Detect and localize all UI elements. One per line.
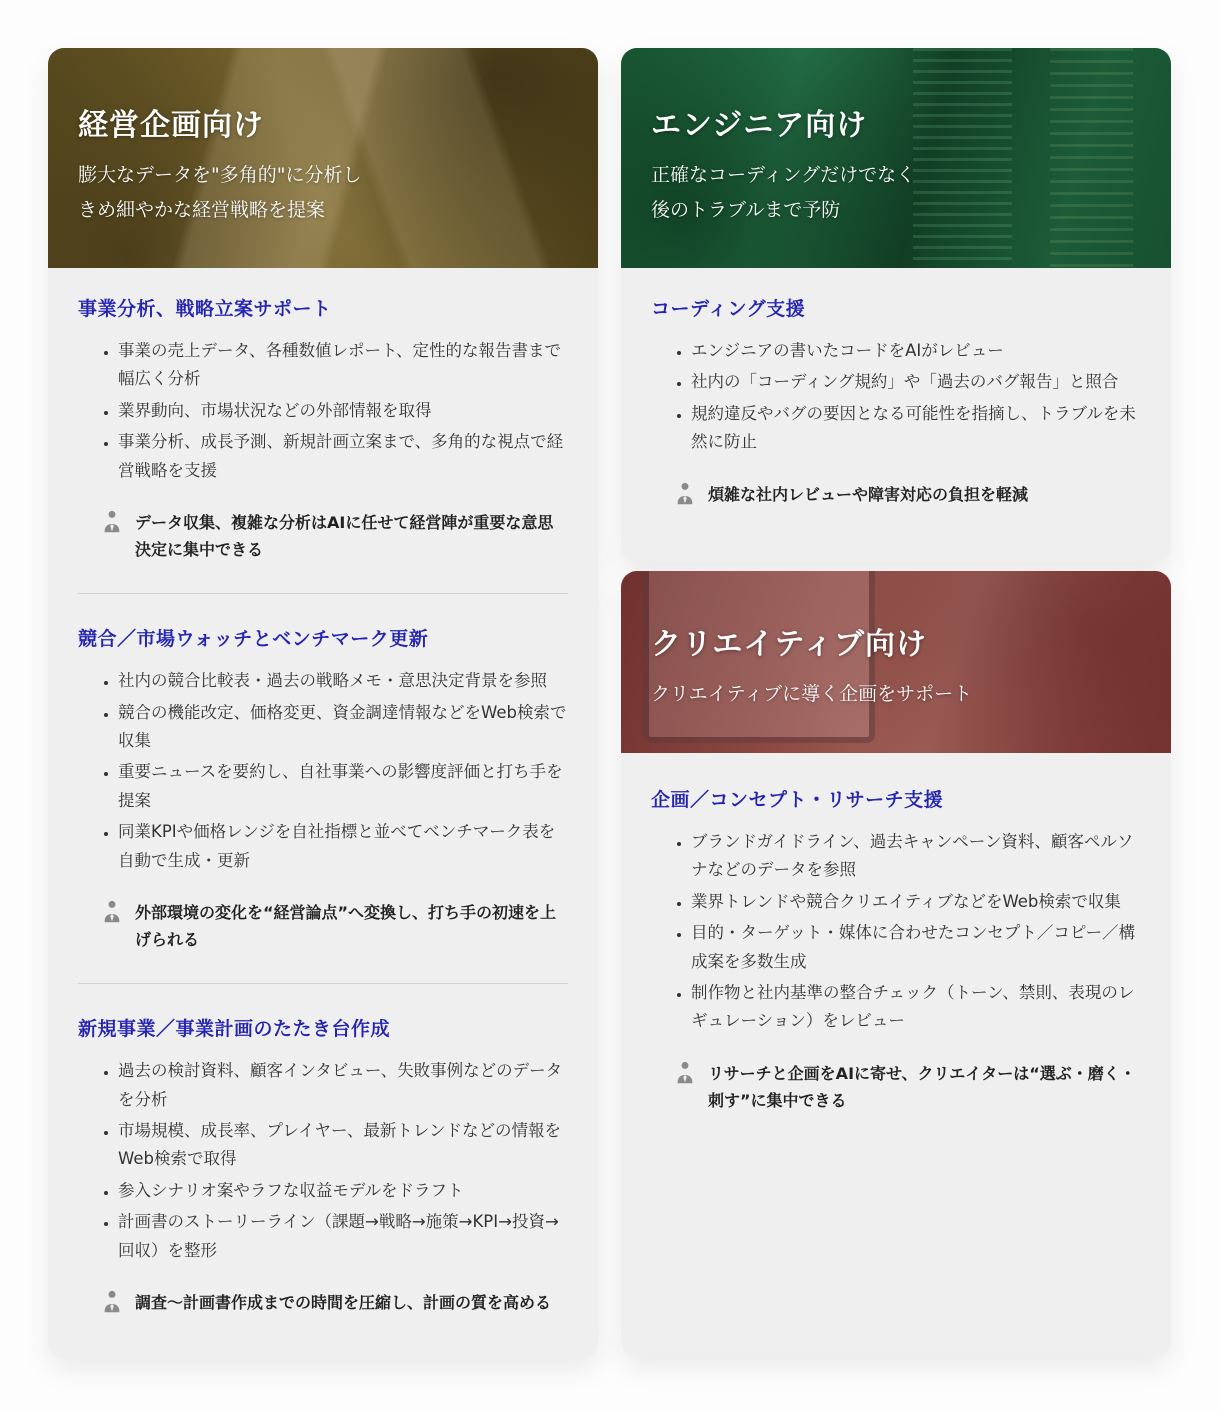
bullet-item: 目的・ターゲット・媒体に合わせたコンセプト／コピー／構成案を多数生成: [691, 919, 1141, 976]
section-divider: [78, 983, 568, 984]
section-divider: [78, 593, 568, 594]
section-business-analysis: 事業分析、戦略立案サポート 事業の売上データ、各種数値レポート、定性的な報告書ま…: [78, 294, 568, 563]
bullet-item: 競合の機能改定、価格変更、資金調達情報などをWeb検索で収集: [118, 699, 568, 756]
bullet-item: 事業の売上データ、各種数値レポート、定性的な報告書まで幅広く分析: [118, 337, 568, 394]
bullet-item: 同業KPIや価格レンジを自社指標と並べてベンチマーク表を自動で生成・更新: [118, 818, 568, 875]
subtitle-line: 後のトラブルまで予防: [651, 193, 1141, 228]
bullet-item: 過去の検討資料、顧客インタビュー、失敗事例などのデータを分析: [118, 1057, 568, 1114]
bullet-list: 事業の売上データ、各種数値レポート、定性的な報告書まで幅広く分析 業界動向、市場…: [78, 337, 568, 485]
user-tie-icon: [102, 510, 122, 533]
benefit-text: リサーチと企画をAIに寄せ、クリエイターは“選ぶ・磨く・刺す”に集中できる: [708, 1060, 1141, 1114]
section-heading: 競合／市場ウォッチとベンチマーク更新: [78, 624, 568, 651]
bullet-item: 重要ニュースを要約し、自社事業への影響度評価と打ち手を提案: [118, 758, 568, 815]
creative-hero-title: クリエイティブ向け: [651, 619, 1141, 663]
section-concept-research: 企画／コンセプト・リサーチ支援 ブランドガイドライン、過去キャンペーン資料、顧客…: [651, 785, 1141, 1114]
bullet-list: ブランドガイドライン、過去キャンペーン資料、顧客ペルソナなどのデータを参照 業界…: [651, 828, 1141, 1036]
user-tie-icon: [102, 900, 122, 923]
creative-card-body: 企画／コンセプト・リサーチ支援 ブランドガイドライン、過去キャンペーン資料、顧客…: [621, 753, 1171, 1114]
business-hero-banner: 経営企画向け 膨大なデータを"多角的"に分析し きめ細やかな経営戦略を提案: [48, 48, 598, 268]
bullet-list: 過去の検討資料、顧客インタビュー、失敗事例などのデータを分析 市場規模、成長率、…: [78, 1057, 568, 1265]
engineer-hero-subtitle: 正確なコーディングだけでなく 後のトラブルまで予防: [651, 158, 1141, 228]
user-tie-icon: [675, 482, 695, 505]
bullet-item: 参入シナリオ案やラフな収益モデルをドラフト: [118, 1177, 568, 1205]
subtitle-line: 膨大なデータを"多角的"に分析し: [78, 158, 568, 193]
benefit-note: 外部環境の変化を“経営論点”へ変換し、打ち手の初速を上げられる: [102, 899, 568, 953]
section-heading: 新規事業／事業計画のたたき台作成: [78, 1014, 568, 1041]
engineer-hero-title: エンジニア向け: [651, 100, 1141, 144]
benefit-note: リサーチと企画をAIに寄せ、クリエイターは“選ぶ・磨く・刺す”に集中できる: [675, 1060, 1141, 1114]
bullet-item: ブランドガイドライン、過去キャンペーン資料、顧客ペルソナなどのデータを参照: [691, 828, 1141, 885]
engineer-card-body: コーディング支援 エンジニアの書いたコードをAIがレビュー 社内の「コーディング…: [621, 268, 1171, 508]
benefit-text: 外部環境の変化を“経営論点”へ変換し、打ち手の初速を上げられる: [135, 899, 568, 953]
bullet-item: 業界動向、市場状況などの外部情報を取得: [118, 397, 568, 425]
bullet-item: 社内の競合比較表・過去の戦略メモ・意思決定背景を参照: [118, 667, 568, 695]
bullet-item: 計画書のストーリーライン（課題→戦略→施策→KPI→投資→回収）を整形: [118, 1208, 568, 1265]
bullet-list: 社内の競合比較表・過去の戦略メモ・意思決定背景を参照 競合の機能改定、価格変更、…: [78, 667, 568, 875]
benefit-text: 調査〜計画書作成までの時間を圧縮し、計画の質を高める: [135, 1289, 551, 1316]
bullet-item: 市場規模、成長率、プレイヤー、最新トレンドなどの情報をWeb検索で取得: [118, 1117, 568, 1174]
section-coding-support: コーディング支援 エンジニアの書いたコードをAIがレビュー 社内の「コーディング…: [651, 294, 1141, 508]
creative-hero-text: クリエイティブ向け クリエイティブに導く企画をサポート: [651, 619, 1141, 712]
benefit-note: 煩雑な社内レビューや障害対応の負担を軽減: [675, 481, 1141, 508]
business-hero-subtitle: 膨大なデータを"多角的"に分析し きめ細やかな経営戦略を提案: [78, 158, 568, 228]
card-creative: クリエイティブ向け クリエイティブに導く企画をサポート 企画／コンセプト・リサー…: [621, 571, 1171, 1356]
business-hero-text: 経営企画向け 膨大なデータを"多角的"に分析し きめ細やかな経営戦略を提案: [78, 100, 568, 228]
card-engineer: エンジニア向け 正確なコーディングだけでなく 後のトラブルまで予防 コーディング…: [621, 48, 1171, 563]
creative-hero-subtitle: クリエイティブに導く企画をサポート: [651, 677, 1141, 712]
engineer-hero-banner: エンジニア向け 正確なコーディングだけでなく 後のトラブルまで予防: [621, 48, 1171, 268]
card-business-planning: 経営企画向け 膨大なデータを"多角的"に分析し きめ細やかな経営戦略を提案 事業…: [48, 48, 598, 1358]
section-new-business-draft: 新規事業／事業計画のたたき台作成 過去の検討資料、顧客インタビュー、失敗事例など…: [78, 1014, 568, 1316]
creative-hero-banner: クリエイティブ向け クリエイティブに導く企画をサポート: [621, 571, 1171, 753]
bullet-item: 業界トレンドや競合クリエイティブなどをWeb検索で収集: [691, 888, 1141, 916]
benefit-text: データ収集、複雑な分析はAIに任せて経営陣が重要な意思決定に集中できる: [135, 509, 568, 563]
subtitle-line: 正確なコーディングだけでなく: [651, 158, 1141, 193]
user-tie-icon: [102, 1290, 122, 1313]
persona-cards-page: 経営企画向け 膨大なデータを"多角的"に分析し きめ細やかな経営戦略を提案 事業…: [0, 0, 1219, 1406]
bullet-item: 社内の「コーディング規約」や「過去のバグ報告」と照合: [691, 368, 1141, 396]
benefit-note: 調査〜計画書作成までの時間を圧縮し、計画の質を高める: [102, 1289, 568, 1316]
benefit-note: データ収集、複雑な分析はAIに任せて経営陣が重要な意思決定に集中できる: [102, 509, 568, 563]
user-tie-icon: [675, 1061, 695, 1084]
business-card-body: 事業分析、戦略立案サポート 事業の売上データ、各種数値レポート、定性的な報告書ま…: [48, 268, 598, 1316]
bullet-list: エンジニアの書いたコードをAIがレビュー 社内の「コーディング規約」や「過去のバ…: [651, 337, 1141, 457]
engineer-hero-text: エンジニア向け 正確なコーディングだけでなく 後のトラブルまで予防: [651, 100, 1141, 228]
business-hero-title: 経営企画向け: [78, 100, 568, 144]
bullet-item: 制作物と社内基準の整合チェック（トーン、禁則、表現のレギュレーション）をレビュー: [691, 979, 1141, 1036]
section-heading: 企画／コンセプト・リサーチ支援: [651, 785, 1141, 812]
subtitle-line: クリエイティブに導く企画をサポート: [651, 677, 1141, 712]
bullet-item: エンジニアの書いたコードをAIがレビュー: [691, 337, 1141, 365]
right-column: エンジニア向け 正確なコーディングだけでなく 後のトラブルまで予防 コーディング…: [621, 48, 1171, 1358]
section-market-watch: 競合／市場ウォッチとベンチマーク更新 社内の競合比較表・過去の戦略メモ・意思決定…: [78, 624, 568, 953]
benefit-text: 煩雑な社内レビューや障害対応の負担を軽減: [708, 481, 1028, 508]
section-heading: 事業分析、戦略立案サポート: [78, 294, 568, 321]
subtitle-line: きめ細やかな経営戦略を提案: [78, 193, 568, 228]
bullet-item: 規約違反やバグの要因となる可能性を指摘し、トラブルを未然に防止: [691, 400, 1141, 457]
bullet-item: 事業分析、成長予測、新規計画立案まで、多角的な視点で経営戦略を支援: [118, 428, 568, 485]
section-heading: コーディング支援: [651, 294, 1141, 321]
